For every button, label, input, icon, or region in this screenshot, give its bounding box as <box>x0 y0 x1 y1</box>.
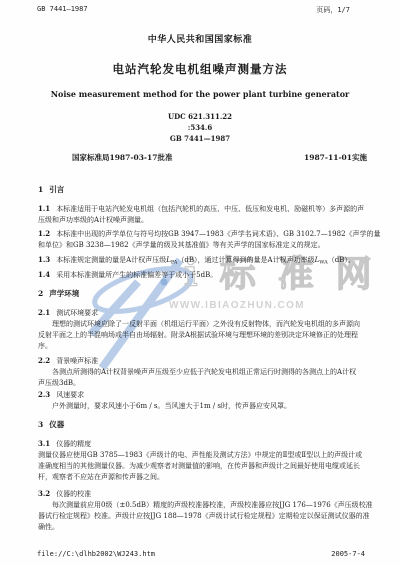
line-text: 序。 <box>38 342 52 350</box>
item-number: 1.1 <box>38 204 50 213</box>
line-text: 仪器的精度 <box>56 440 91 448</box>
line-text: 本标准规定测量的量是A计权声压级 <box>56 256 166 264</box>
doc-line: 准确度相当的其他测量仪器。为减少观察者对测量值的影响，在传声器和声级计之间最好使… <box>38 461 370 472</box>
header-standard-number: GB 7441—1987 <box>37 5 88 15</box>
line-text: 户外测量时，要求风速小于6m / s。当风速大于1m / s时，传声器应安风罩。 <box>38 402 291 410</box>
udc-code: UDC 621.311.22 <box>0 111 400 122</box>
doc-line: 1.1本标准适用于电站汽轮发电机组（包括汽轮机的高压、中压、低压和发电机、励磁机… <box>38 203 370 215</box>
doc-line: 户外测量时，要求风速小于6m / s。当风速大于1m / s时，传声器应安风罩。 <box>38 401 370 412</box>
doc-line: 序。 <box>38 341 370 352</box>
approved-by: 国家标准局1987-03-17批准 <box>72 152 172 163</box>
line-text: 测量仪器应使用GB 3785—1983《声级计的电、声性能及测试方法》中规定的Ⅱ… <box>38 451 362 459</box>
line-text: 本标准适用于电站汽轮发电机组（包括汽轮机的高压、中压、低压和发电机、励磁机等）多… <box>56 205 364 213</box>
section-heading: 1引言 <box>38 184 370 195</box>
doc-line: 反射平面之上的半混响场或半自由场辐射。附录A根据试验环境与理想环境的差别决定环境… <box>38 330 370 341</box>
item-number: 1.2 <box>38 229 50 238</box>
section-heading: 2声学环境 <box>38 288 370 299</box>
doc-line: 和单位》和GB 3238—1982《声学量的级及其基准值》等有关声学的国家标准定… <box>38 240 370 251</box>
item-number: 3.2 <box>38 489 50 498</box>
page-header: GB 7441—1987 页码，1/7 <box>37 5 350 15</box>
section-heading: 3仪器 <box>38 419 370 430</box>
standard-number: GB 7441—1987 <box>0 133 400 144</box>
line-text: 器试行检定规程》校准。声级计应按JJG 188—1978《声级计试行检定规程》定… <box>38 512 370 520</box>
line-text: （dB），通过计算得到的量是A计权声功率级 <box>177 256 314 264</box>
line-text: 反射平面之上的半混响场或半自由场辐射。附录A根据试验环境与理想环境的差别决定环境… <box>38 331 358 339</box>
line-text: 每次测量前应用0级（±0.5dB）精度的声级校准器校准，声级校准器应按JJG 1… <box>38 501 373 509</box>
line-text: 各测点所测得的A计权背景噪声声压级至少应低于汽轮发电机组正常运行时测得的各测点上… <box>38 368 356 376</box>
doc-line: 声压级3dB。 <box>38 378 370 389</box>
line-text: 和单位》和GB 3238—1982《声学量的级及其基准值》等有关声学的国家标准定… <box>38 241 325 249</box>
line-text: 声压级3dB。 <box>38 379 80 387</box>
item-number: 2.3 <box>38 390 50 399</box>
line-text: 杆，观察者不应站在声源和传声器之间。 <box>38 473 164 481</box>
line-text: 测试环境要求 <box>56 309 98 317</box>
header-page-number: 页码，1/7 <box>316 5 350 15</box>
page-footer: file://C:\dlhb2002\WJ243.htm 2005-7-4 <box>37 550 365 558</box>
line-text: 背景噪声标准 <box>56 357 98 365</box>
section-title: 引言 <box>49 185 64 194</box>
doc-line: 器试行检定规程》校准。声级计应按JJG 188—1978《声级计试行检定规程》定… <box>38 511 370 522</box>
item-number: 1.4 <box>38 270 50 279</box>
item-number: 3.1 <box>38 439 50 448</box>
footer-file-url: file://C:\dlhb2002\WJ243.htm <box>37 550 155 558</box>
document-body: 1引言 1.1本标准适用于电站汽轮发电机组（包括汽轮机的高压、中压、低压和发电机… <box>38 184 370 533</box>
doc-line: 1.3本标准规定测量的量是A计权声压级LPA（dB），通过计算得到的量是A计权声… <box>38 254 370 269</box>
item-number: 2.2 <box>38 356 50 365</box>
doc-line: 2.3风速要求 <box>38 389 370 401</box>
doc-line: 杆，观察者不应站在声源和传声器之间。 <box>38 472 370 483</box>
subscript: WA <box>319 260 328 266</box>
document-title-zh: 电站汽轮发电机组噪声测量方法 <box>0 61 400 77</box>
line-text: 准确度相当的其他测量仪器。为减少观察者对测量值的影响，在传声器和声级计之间最好使… <box>38 462 360 470</box>
doc-line: 测量仪器应使用GB 3785—1983《声级计的电、声性能及测试方法》中规定的Ⅱ… <box>38 450 370 461</box>
doc-line: 2.1测试环境要求 <box>38 307 370 319</box>
doc-line: 1.4采用本标准测量所产生的标准偏差等于或小于5dB。 <box>38 269 370 281</box>
doc-line: 3.1仪器的精度 <box>38 438 370 450</box>
udc-code-2: :534.6 <box>0 122 400 133</box>
section-title: 声学环境 <box>49 289 79 298</box>
implementation-date: 1987-11-01实施 <box>304 152 367 163</box>
document-title-en: Noise measurement method for the power p… <box>0 89 400 99</box>
section-title: 仪器 <box>49 420 64 429</box>
line-text: 采用本标准测量所产生的标准偏差等于或小于5dB。 <box>56 271 217 279</box>
line-text: 仪器的校准 <box>56 490 91 498</box>
approval-row: 国家标准局1987-03-17批准 1987-11-01实施 <box>72 152 367 163</box>
doc-line: 2.2背景噪声标准 <box>38 355 370 367</box>
doc-line: 理想的测试环境应除了一反射平面（机组运行平面）之外没有反射物体，而汽轮发电机组的… <box>38 319 370 330</box>
section-number: 1 <box>38 185 43 194</box>
line-text: 本标准中出现的声学单位与符号均按GB 3947—1983《声学名词术语》、GB … <box>56 230 380 238</box>
item-number: 2.1 <box>38 308 50 317</box>
item-number: 1.3 <box>38 255 50 264</box>
doc-line: 确性。 <box>38 522 370 533</box>
section-number: 3 <box>38 420 43 429</box>
line-text: 压级和声功率级的A计权噪声测量。 <box>38 216 148 224</box>
line-text: 理想的测试环境应除了一反射平面（机组运行平面）之外没有反射物体，而汽轮发电机组的… <box>38 320 360 328</box>
footer-print-date: 2005-7-4 <box>331 550 365 558</box>
doc-line: 3.2仪器的校准 <box>38 488 370 500</box>
document-page: i标准网 WWW.IBIAOZHUN.COM GB 7441—1987 页码，1… <box>0 0 400 566</box>
doc-line: 1.2本标准中出现的声学单位与符号均按GB 3947—1983《声学名词术语》、… <box>38 228 370 240</box>
national-standard-label: 中华人民共和国国家标准 <box>0 32 400 45</box>
section-number: 2 <box>38 289 43 298</box>
line-text: 确性。 <box>38 523 59 531</box>
doc-line: 每次测量前应用0级（±0.5dB）精度的声级校准器校准，声级校准器应按JJG 1… <box>38 500 370 511</box>
classification-block: UDC 621.311.22 :534.6 GB 7441—1987 <box>0 111 400 144</box>
line-text: （dB）。 <box>328 256 355 264</box>
doc-line: 压级和声功率级的A计权噪声测量。 <box>38 215 370 226</box>
line-text: 风速要求 <box>56 391 84 399</box>
doc-line: 各测点所测得的A计权背景噪声声压级至少应低于汽轮发电机组正常运行时测得的各测点上… <box>38 367 370 378</box>
